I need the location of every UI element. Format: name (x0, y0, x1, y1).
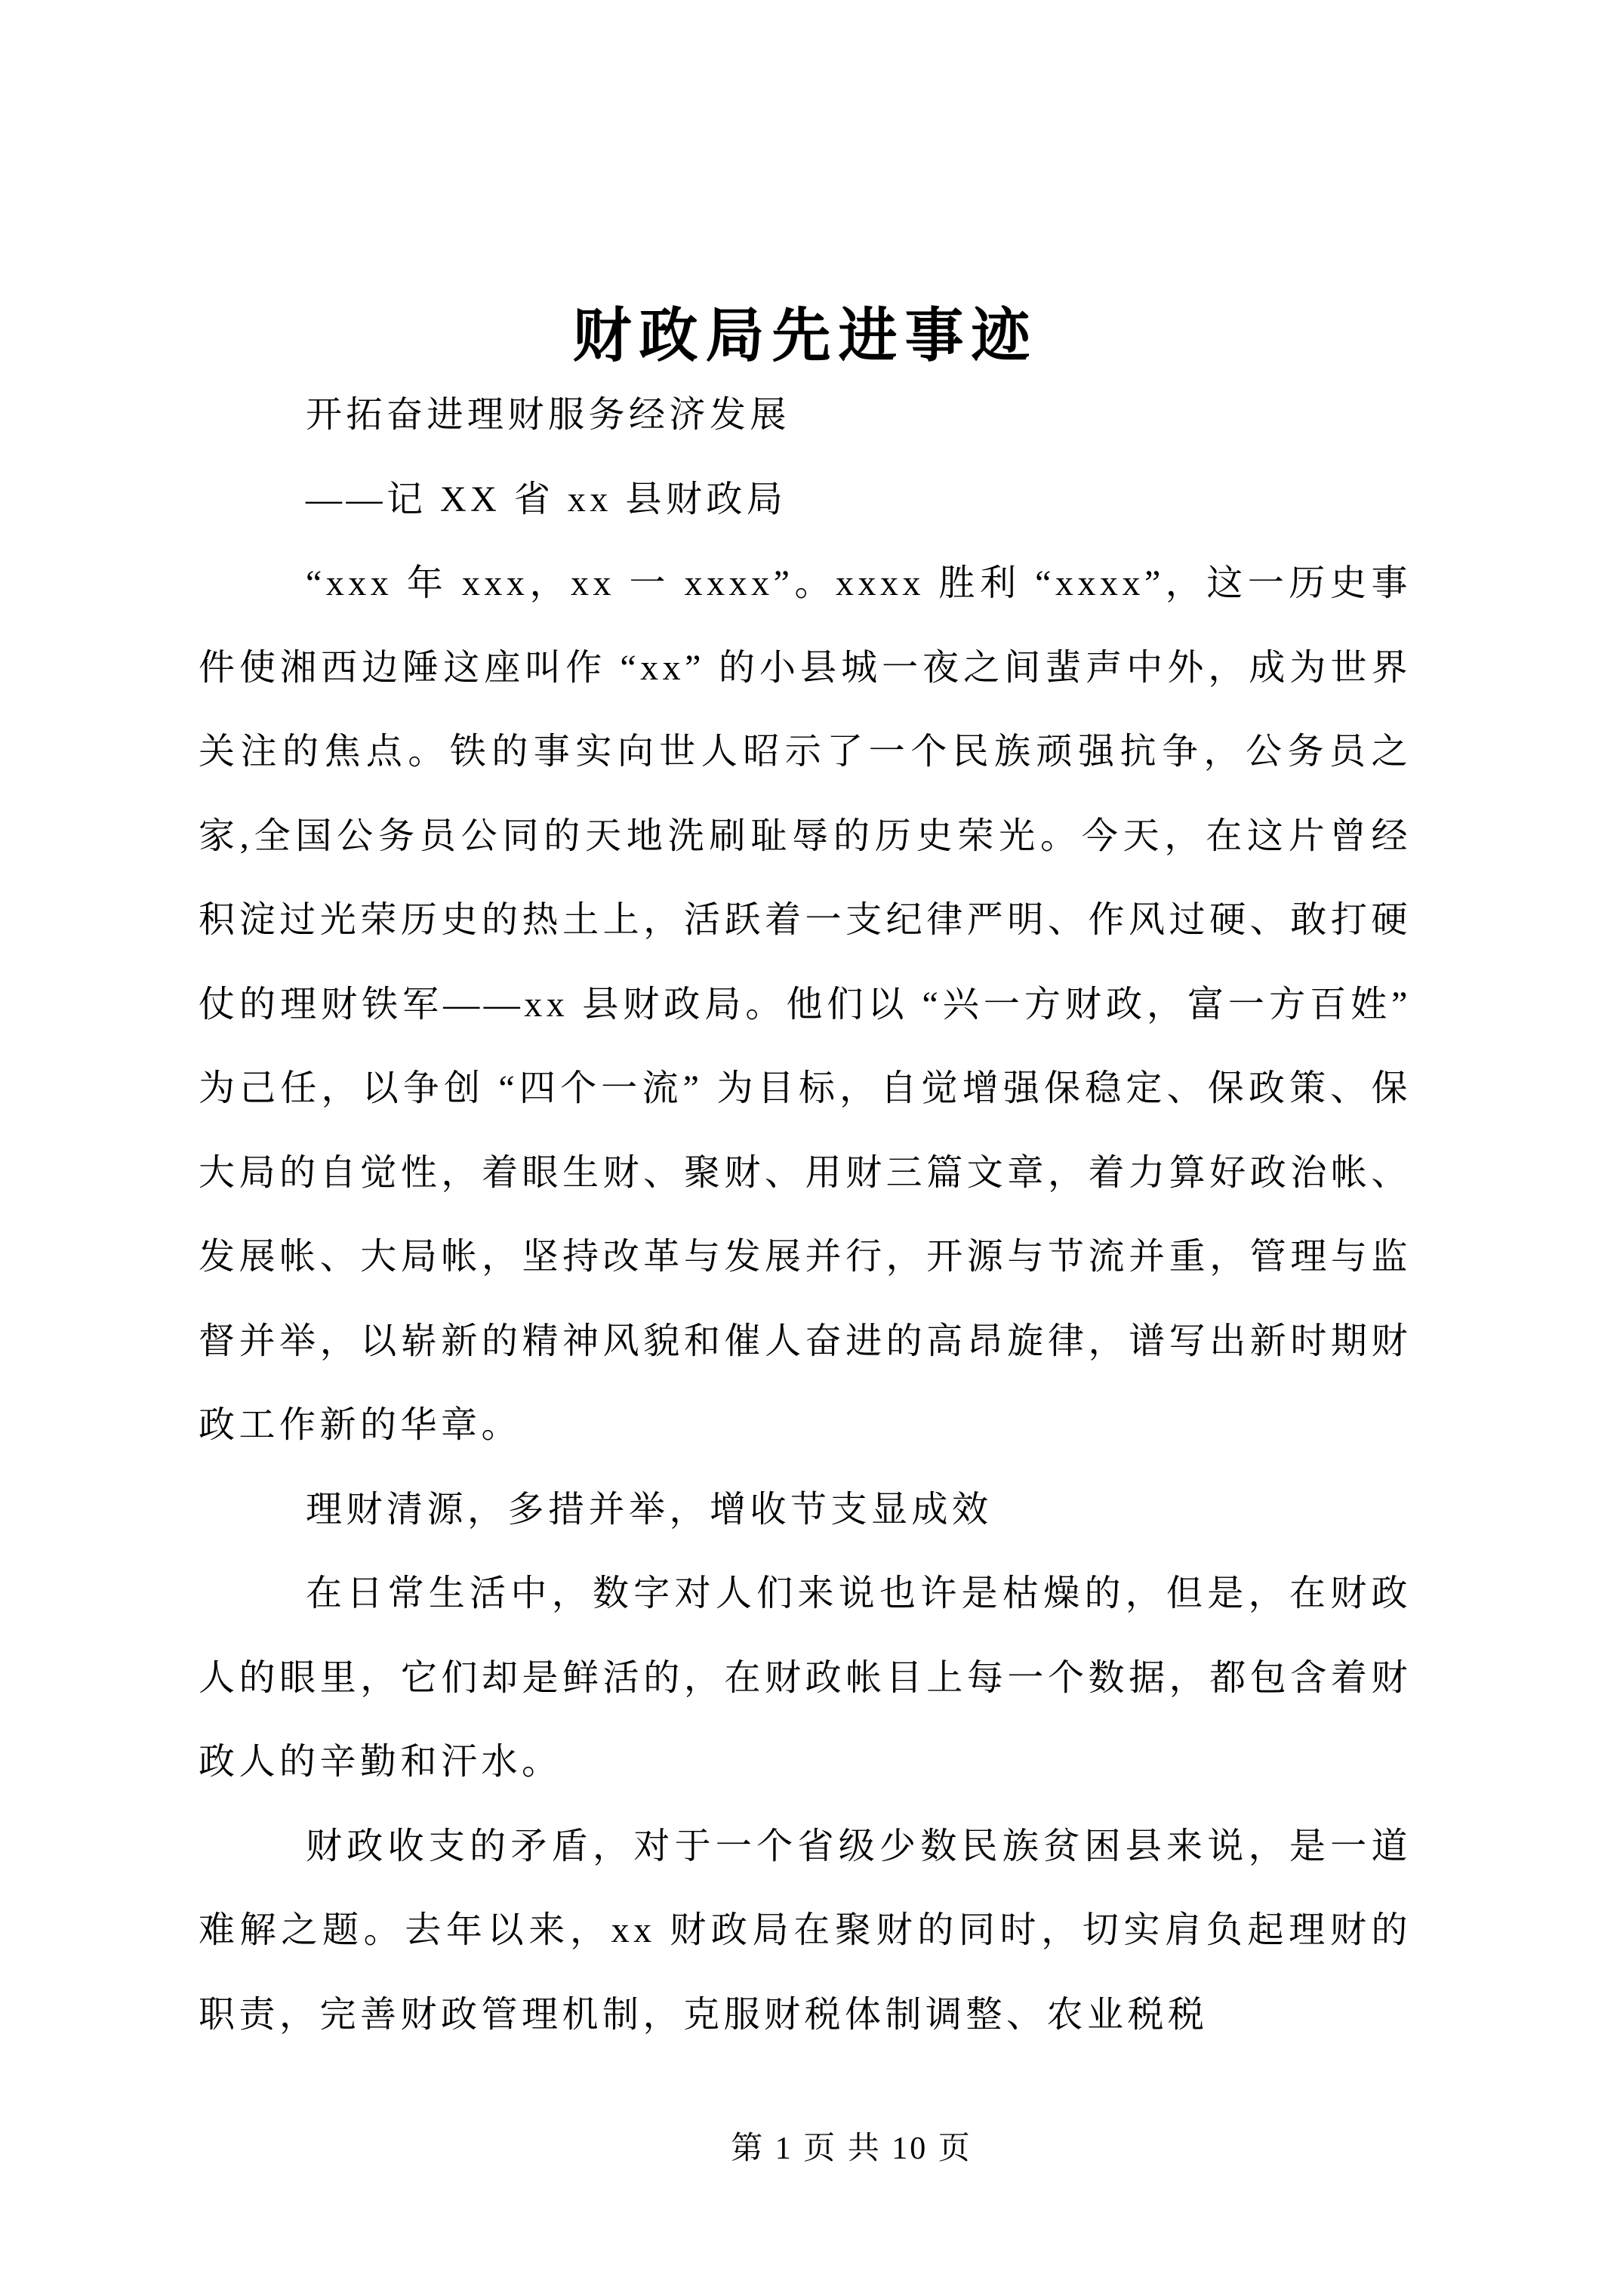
page-footer: 第 1 页 共 10 页 (40, 2123, 1623, 2168)
document-page: 财政局先进事迹 开拓奋进理财服务经济发展 ——记 XX 省 xx 县财政局 “x… (0, 0, 1623, 2296)
page-number-label: 第 1 页 共 10 页 (731, 2131, 972, 2166)
paragraph-body-2: 财政收支的矛盾，对于一个省级少数民族贫困县来说，是一道难解之题。去年以来，xx … (199, 1804, 1412, 2057)
paragraph-section-heading: 理财清源，多措并举，增收节支显成效 (199, 1468, 1412, 1552)
paragraph-subtitle: 开拓奋进理财服务经济发展 (199, 373, 1412, 458)
page-title: 财政局先进事迹 (199, 288, 1412, 373)
paragraph-body-1: 在日常生活中，数字对人们来说也许是枯燥的，但是，在财政人的眼里，它们却是鲜活的，… (199, 1552, 1412, 1804)
document-body: 开拓奋进理财服务经济发展 ——记 XX 省 xx 县财政局 “xxx 年 xxx… (199, 373, 1412, 2057)
paragraph-intro: “xxx 年 xxx，xx 一 xxxx”。xxxx 胜利 “xxxx”，这一历… (199, 541, 1412, 1468)
paragraph-byline: ——记 XX 省 xx 县财政局 (199, 458, 1412, 542)
